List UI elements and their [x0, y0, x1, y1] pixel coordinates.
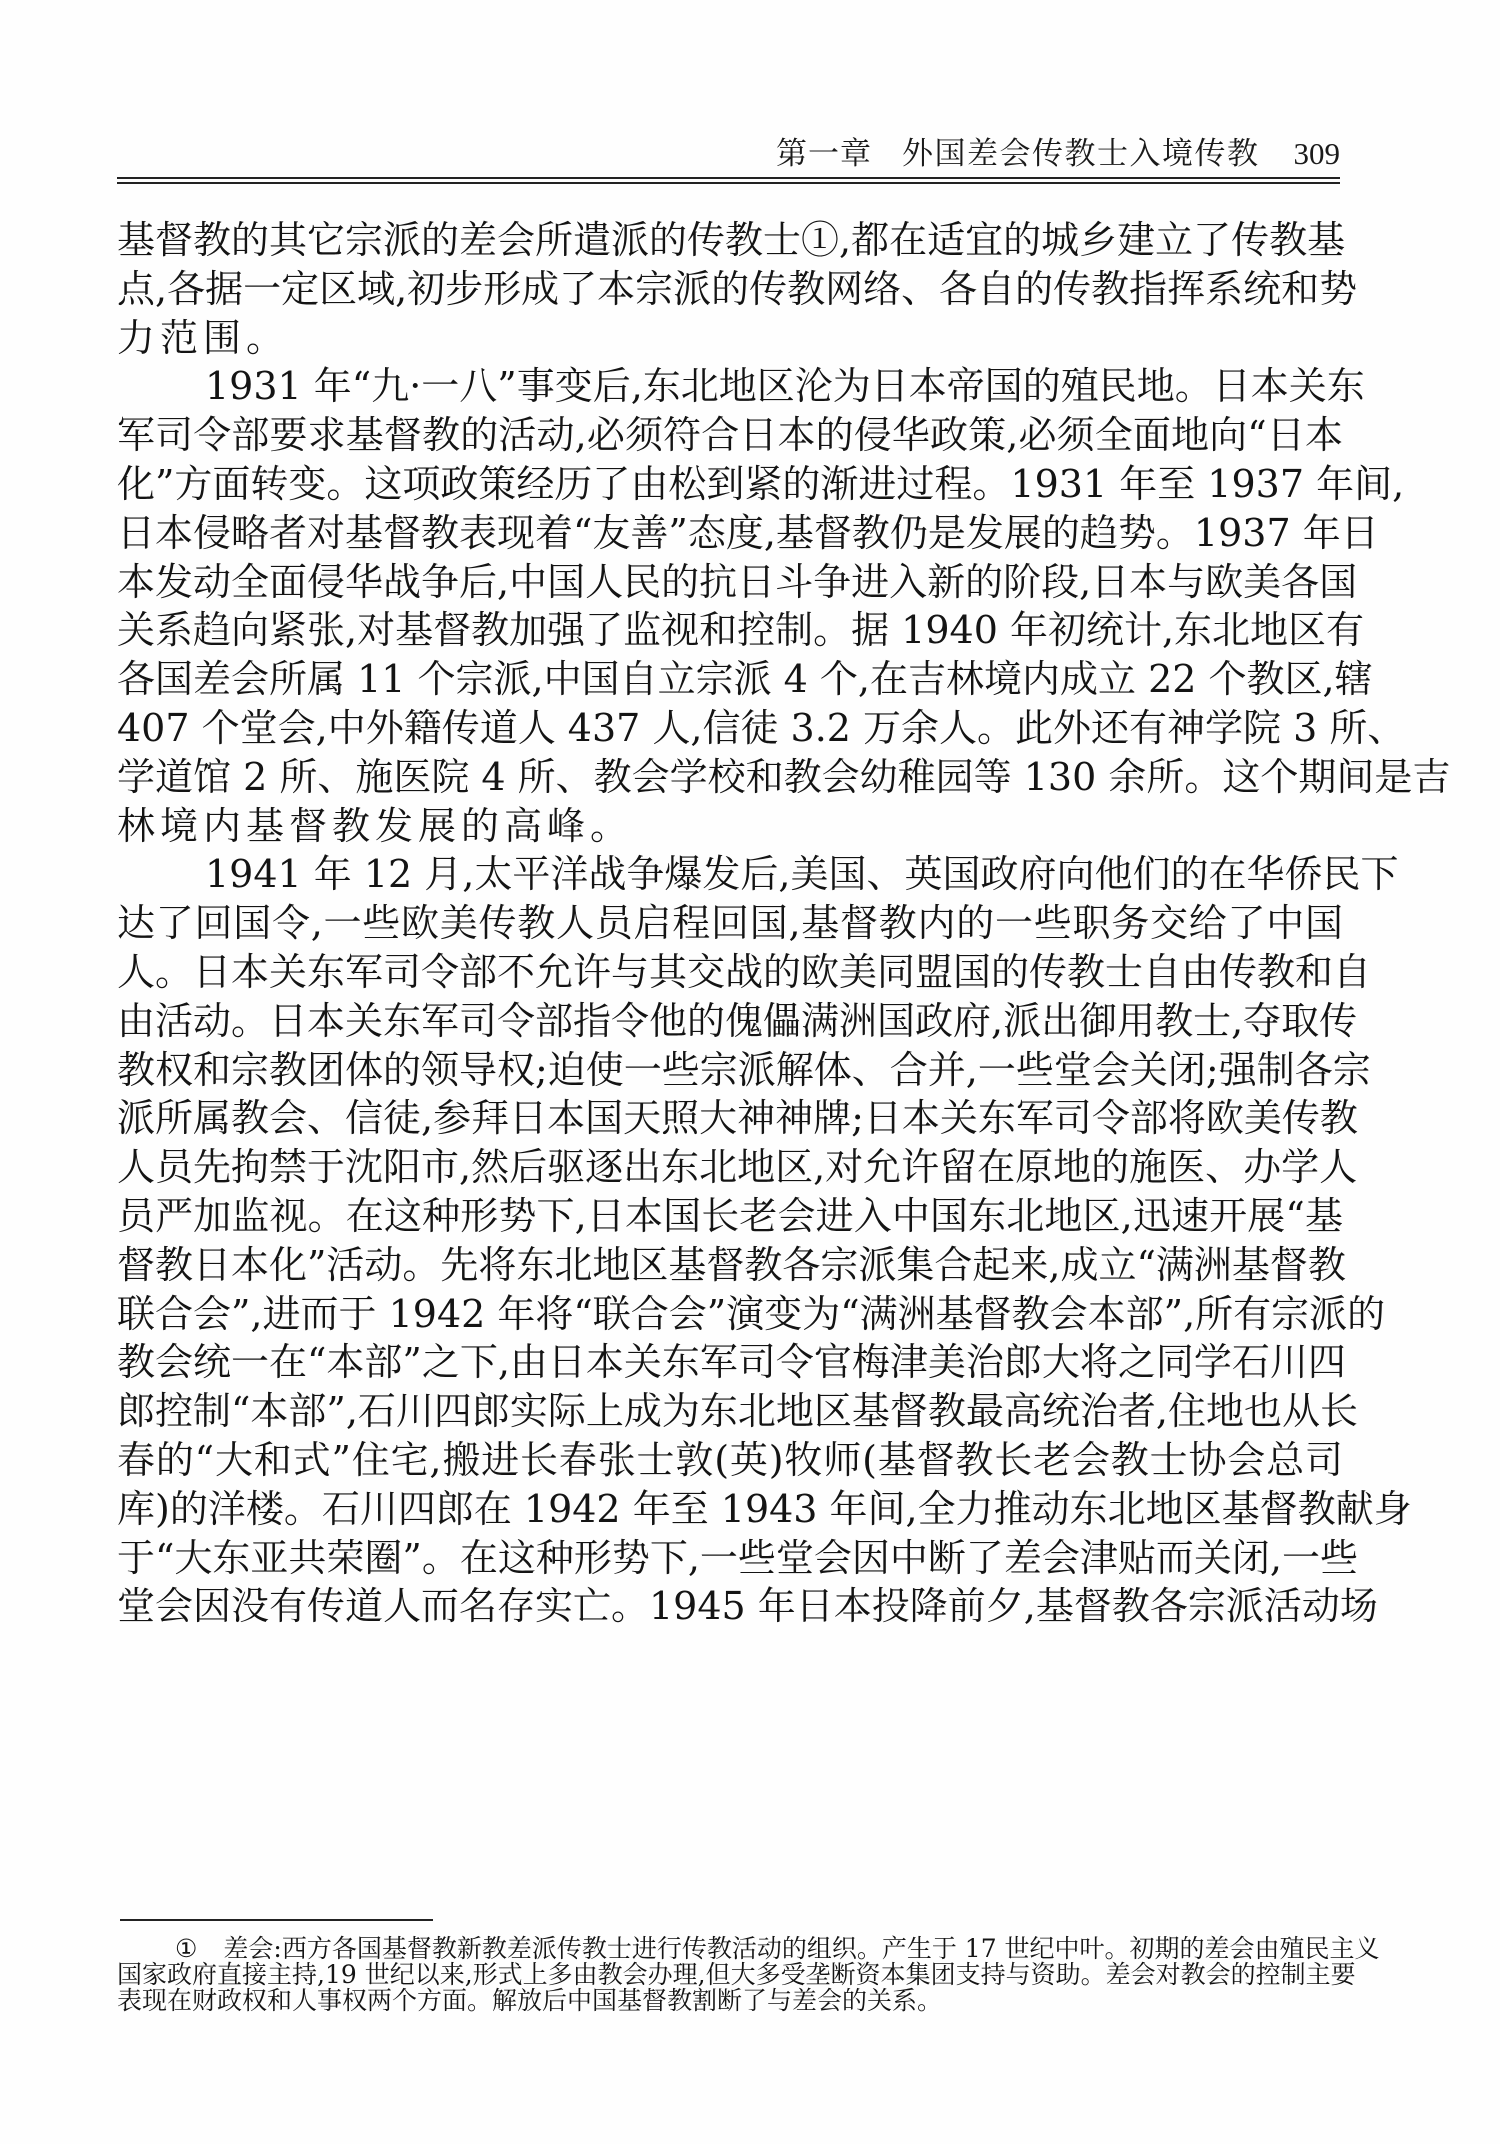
text-line: 春的“大和式”住宅,搬进长春张士敦(英)牧师(基督教长老会教士协会总司 [117, 1436, 1343, 1485]
body-text: 基督教的其它宗派的差会所遣派的传教士①,都在适宜的城乡建立了传教基 点,各据一定… [117, 216, 1357, 1631]
paragraph-2: 1931 年“九·一八”事变后,东北地区沦为日本帝国的殖民地。日本关东 军司令部… [117, 362, 1357, 850]
text-line: 军司令部要求基督教的活动,必须符合日本的侵华政策,必须全面地向“日本 [117, 411, 1343, 460]
text-line: 点,各据一定区域,初步形成了本宗派的传教网络、各自的传教指挥系统和势 [117, 265, 1343, 314]
text-line: 达了回国令,一些欧美传教人员启程回国,基督教内的一些职务交给了中国 [117, 899, 1343, 948]
footnote-line: 表现在财政权和人事权两个方面。解放后中国基督教割断了与差会的关系。 [117, 1988, 1340, 2014]
text-line: 联合会”,进而于 1942 年将“联合会”演变为“满洲基督教会本部”,所有宗派的 [117, 1290, 1343, 1339]
text-line: 407 个堂会,中外籍传道人 437 人,信徒 3.2 万余人。此外还有神学院 … [117, 704, 1343, 753]
text-line: 派所属教会、信徒,参拜日本国天照大神神牌;日本关东军司令部将欧美传教 [117, 1094, 1343, 1143]
text-line: 人员先拘禁于沈阳市,然后驱逐出东北地区,对允许留在原地的施医、办学人 [117, 1143, 1343, 1192]
text-line: 日本侵略者对基督教表现着“友善”态度,基督教仍是发展的趋势。1937 年日 [117, 509, 1343, 558]
text-line: 由活动。日本关东军司令部指令他的傀儡满洲国政府,派出御用教士,夺取传 [117, 997, 1343, 1046]
footnote-separator [120, 1919, 433, 1921]
running-head: 第一章 外国差会传教士入境传教 309 [117, 128, 1340, 172]
text-line: 本发动全面侵华战争后,中国人民的抗日斗争进入新的阶段,日本与欧美各国 [117, 558, 1343, 607]
text-line: 教权和宗教团体的领导权;迫使一些宗派解体、合并,一些堂会关闭;强制各宗 [117, 1046, 1343, 1095]
text-line: 督教日本化”活动。先将东北地区基督教各宗派集合起来,成立“满洲基督教 [117, 1241, 1343, 1290]
text-line: 郎控制“本部”,石川四郎实际上成为东北地区基督教最高统治者,住地也从长 [117, 1387, 1343, 1436]
text-line: 关系趋向紧张,对基督教加强了监视和控制。据 1940 年初统计,东北地区有 [117, 606, 1343, 655]
text-line: 林境内基督教发展的高峰。 [117, 802, 1357, 851]
text-line: 基督教的其它宗派的差会所遣派的传教士①,都在适宜的城乡建立了传教基 [117, 216, 1343, 265]
chapter-label: 第一章 [776, 128, 872, 173]
paragraph-3: 1941 年 12 月,太平洋战争爆发后,美国、英国政府向他们的在华侨民下 达了… [117, 850, 1357, 1631]
text-line: 1931 年“九·一八”事变后,东北地区沦为日本帝国的殖民地。日本关东 [117, 362, 1343, 411]
page-number: 309 [1294, 136, 1341, 172]
footnote-line: ①差会:西方各国基督教新教差派传教士进行传教活动的组织。产生于 17 世纪中叶。… [117, 1936, 1340, 1962]
text-line: 堂会因没有传道人而名存实亡。1945 年日本投降前夕,基督教各宗派活动场 [117, 1582, 1343, 1631]
text-line: 员严加监视。在这种形势下,日本国长老会进入中国东北地区,迅速开展“基 [117, 1192, 1343, 1241]
footnote-marker: ① [175, 1934, 197, 1963]
chapter-title: 外国差会传教士入境传教 [902, 128, 1260, 173]
text-line: 库)的洋楼。石川四郎在 1942 年至 1943 年间,全力推动东北地区基督教献… [117, 1485, 1343, 1534]
header-rule-bottom [117, 182, 1340, 184]
footnotes: ①差会:西方各国基督教新教差派传教士进行传教活动的组织。产生于 17 世纪中叶。… [117, 1936, 1340, 2014]
text-line: 1941 年 12 月,太平洋战争爆发后,美国、英国政府向他们的在华侨民下 [117, 850, 1343, 899]
text-line: 教会统一在“本部”之下,由日本关东军司令官梅津美治郎大将之同学石川四 [117, 1338, 1343, 1387]
text-line: 化”方面转变。这项政策经历了由松到紧的渐进过程。1931 年至 1937 年间, [117, 460, 1343, 509]
footnote-text: 差会:西方各国基督教新教差派传教士进行传教活动的组织。产生于 17 世纪中叶。初… [223, 1934, 1379, 1963]
book-page: 第一章 外国差会传教士入境传教 309 基督教的其它宗派的差会所遣派的传教士①,… [0, 0, 1500, 2144]
text-line: 学道馆 2 所、施医院 4 所、教会学校和教会幼稚园等 130 余所。这个期间是… [117, 753, 1343, 802]
paragraph-1: 基督教的其它宗派的差会所遣派的传教士①,都在适宜的城乡建立了传教基 点,各据一定… [117, 216, 1357, 362]
text-line: 于“大东亚共荣圈”。在这种形势下,一些堂会因中断了差会津贴而关闭,一些 [117, 1534, 1343, 1583]
text-line: 各国差会所属 11 个宗派,中国自立宗派 4 个,在吉林境内成立 22 个教区,… [117, 655, 1343, 704]
text-line: 力范围。 [117, 314, 1357, 363]
text-line: 人。日本关东军司令部不允许与其交战的欧美同盟国的传教士自由传教和自 [117, 948, 1343, 997]
footnote-line: 国家政府直接主持,19 世纪以来,形式上多由教会办理,但大多受垄断资本集团支持与… [117, 1962, 1340, 1988]
header-rule-top [117, 177, 1340, 179]
